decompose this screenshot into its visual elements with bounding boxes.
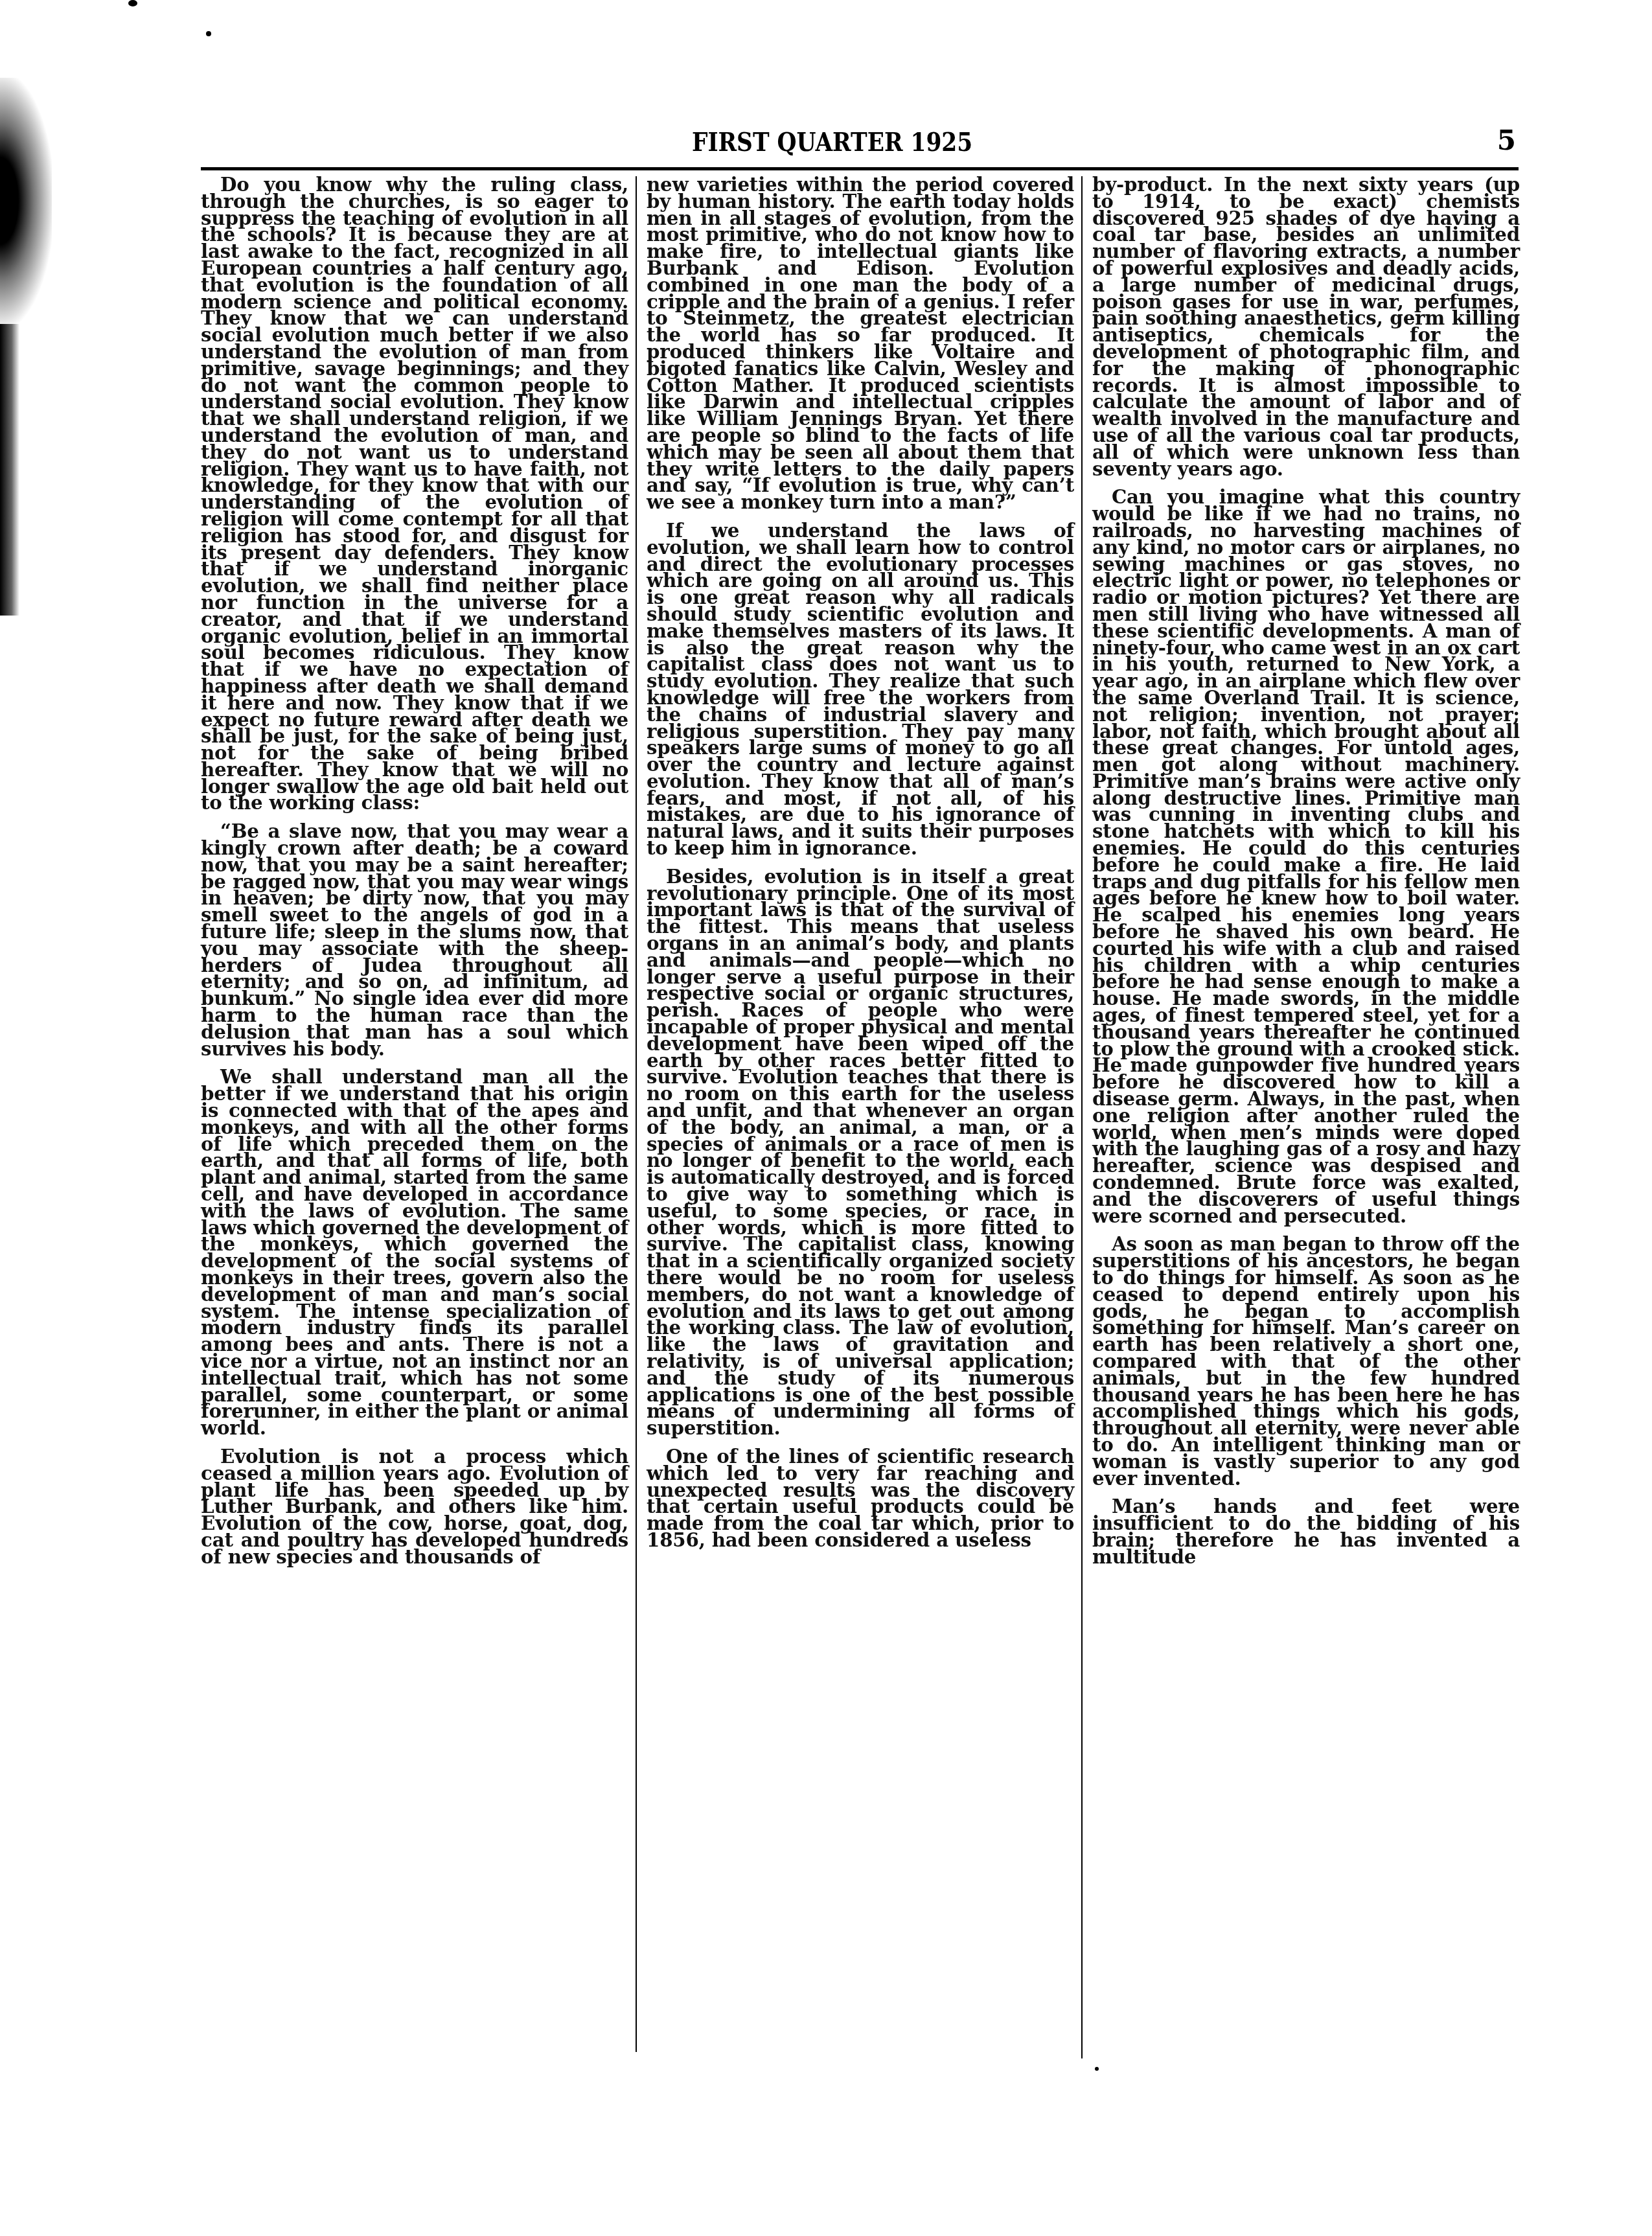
column-3: by-product. In the next sixty years (up … — [1092, 176, 1520, 1577]
scan-speck — [206, 31, 211, 36]
page-number: 5 — [1497, 124, 1516, 156]
paragraph: One of the lines of scientific research … — [647, 1448, 1074, 1549]
paragraph: Man’s hands and feet were insufficient t… — [1092, 1498, 1520, 1565]
page-title: FIRST QUARTER 1925 — [692, 127, 972, 157]
column-divider — [636, 176, 637, 2052]
column-divider — [1081, 176, 1083, 2058]
article-body: Do you know why the ruling class, throug… — [201, 176, 1520, 2120]
scan-speck — [128, 0, 137, 6]
paragraph: Evolution is not a process which ceased … — [201, 1448, 628, 1565]
scan-smudge — [0, 78, 52, 324]
paragraph: Can you imagine what this country would … — [1092, 489, 1520, 1224]
column-1: Do you know why the ruling class, throug… — [201, 176, 628, 1577]
header-rule — [201, 167, 1519, 170]
paragraph: Do you know why the ruling class, throug… — [201, 176, 628, 811]
paragraph: We shall understand man all the better i… — [201, 1068, 628, 1436]
paragraph: Besides, evolution is in itself a great … — [647, 868, 1074, 1436]
paragraph-continued: new varieties within the period covered … — [647, 176, 1074, 511]
scan-smudge — [0, 324, 19, 616]
paragraph: As soon as man began to throw off the su… — [1092, 1236, 1520, 1486]
paragraph-quote: “Be a slave now, that you may wear a kin… — [201, 823, 628, 1057]
paragraph-continued: by-product. In the next sixty years (up … — [1092, 176, 1520, 477]
paragraph: If we understand the laws of evolution, … — [647, 522, 1074, 857]
column-2: new varieties within the period covered … — [647, 176, 1074, 1560]
